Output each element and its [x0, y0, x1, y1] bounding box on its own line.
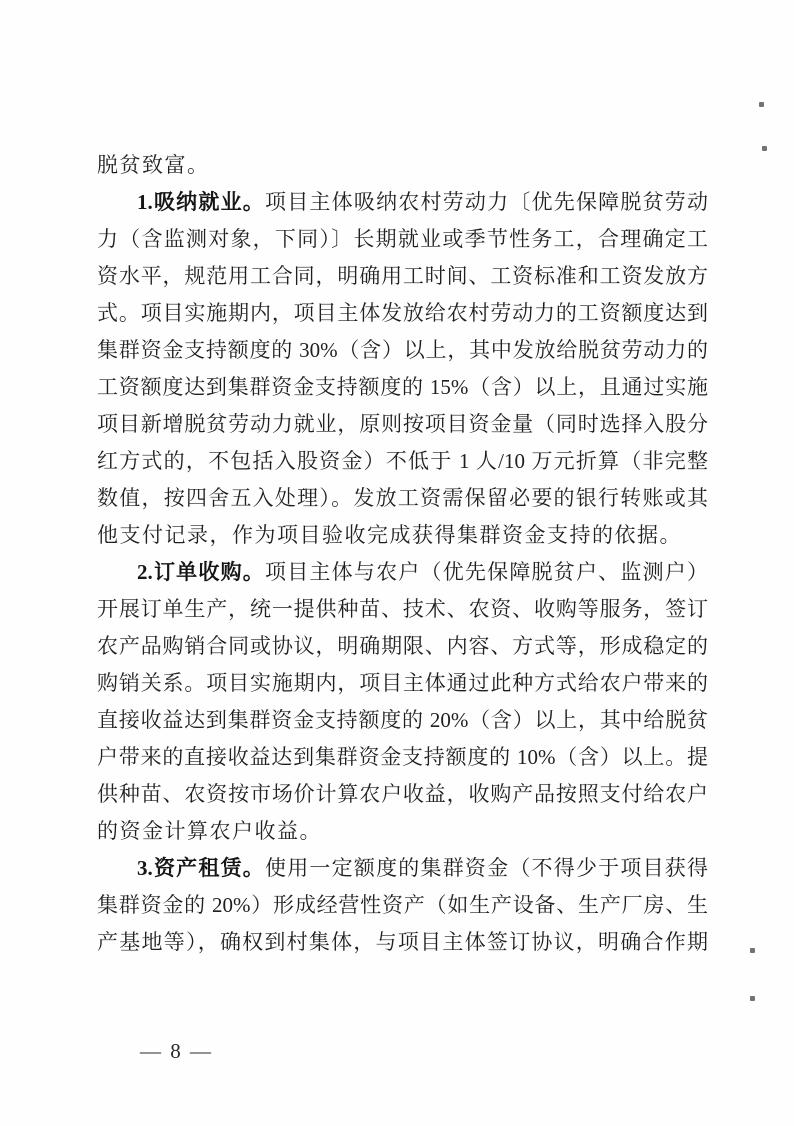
text-line: 1.吸纳就业。项目主体吸纳农村劳动力〔优先保障脱贫劳动: [97, 184, 708, 221]
paragraph-heading: 2.订单收购。: [137, 560, 265, 584]
text-line: 购销关系。项目实施期内，项目主体通过此种方式给农户带来的: [97, 665, 708, 702]
text-line: 供种苗、农资按市场价计算农户收益，收购产品按照支付给农户: [97, 776, 708, 813]
scan-speck: [750, 948, 755, 953]
text-line: 工资额度达到集群资金支持额度的 15%（含）以上，且通过实施: [97, 369, 708, 406]
text-line: 式。项目实施期内，项目主体发放给农村劳动力的工资额度达到: [97, 295, 708, 332]
text-line: 的资金计算农户收益。: [97, 813, 708, 850]
text-line: 数值，按四舍五入处理）。发放工资需保留必要的银行转账或其: [97, 480, 708, 517]
text-line: 3.资产租赁。使用一定额度的集群资金（不得少于项目获得: [97, 850, 708, 887]
paragraph-heading: 1.吸纳就业。: [137, 190, 265, 214]
paragraph-heading: 3.资产租赁。: [137, 856, 265, 880]
text-line: 直接收益达到集群资金支持额度的 20%（含）以上，其中给脱贫: [97, 702, 708, 739]
text-line: 脱贫致富。: [97, 147, 708, 184]
text-line: 力（含监测对象，下同）〕长期就业或季节性务工，合理确定工: [97, 221, 708, 258]
text-line: 户带来的直接收益达到集群资金支持额度的 10%（含）以上。提: [97, 739, 708, 776]
text-line: 集群资金的 20%）形成经营性资产（如生产设备、生产厂房、生: [97, 887, 708, 924]
text-line: 2.订单收购。项目主体与农户（优先保障脱贫户、监测户）: [97, 554, 708, 591]
scanned-document-page: 脱贫致富。1.吸纳就业。项目主体吸纳农村劳动力〔优先保障脱贫劳动力（含监测对象，…: [0, 0, 794, 1126]
text-line: 产基地等），确权到村集体，与项目主体签订协议，明确合作期: [97, 924, 708, 961]
page-number: — 8 —: [140, 1039, 213, 1064]
document-body: 脱贫致富。1.吸纳就业。项目主体吸纳农村劳动力〔优先保障脱贫劳动力（含监测对象，…: [97, 147, 708, 961]
text-line: 开展订单生产，统一提供种苗、技术、农资、收购等服务，签订: [97, 591, 708, 628]
text-line: 红方式的，不包括入股资金）不低于 1 人/10 万元折算（非完整: [97, 443, 708, 480]
text-line: 项目新增脱贫劳动力就业，原则按项目资金量（同时选择入股分: [97, 406, 708, 443]
text-line: 集群资金支持额度的 30%（含）以上，其中发放给脱贫劳动力的: [97, 332, 708, 369]
scan-speck: [759, 102, 764, 107]
scan-speck: [750, 996, 755, 1001]
text-line: 资水平，规范用工合同，明确用工时间、工资标准和工资发放方: [97, 258, 708, 295]
text-line: 他支付记录，作为项目验收完成获得集群资金支持的依据。: [97, 517, 708, 554]
scan-speck: [762, 146, 767, 151]
text-line: 农产品购销合同或协议，明确期限、内容、方式等，形成稳定的: [97, 628, 708, 665]
